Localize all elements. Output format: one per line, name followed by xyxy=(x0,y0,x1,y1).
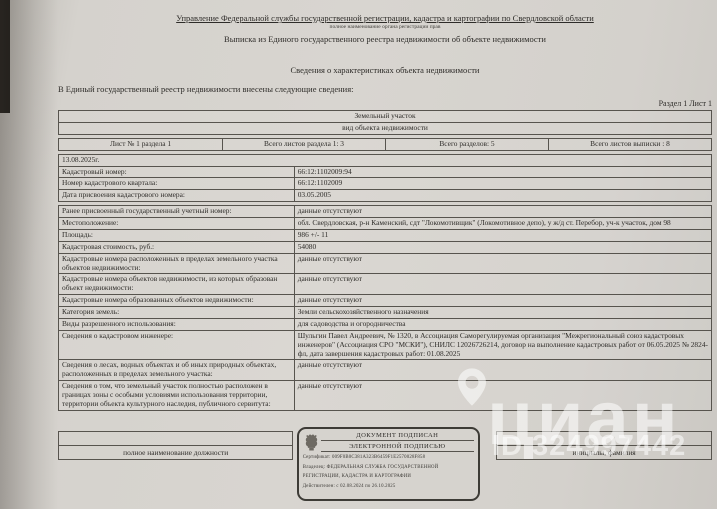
row-label: Сведения о лесах, водных объектах и об и… xyxy=(59,360,294,380)
signature-line xyxy=(59,432,292,446)
object-kind: Земельный участок xyxy=(59,111,711,122)
row-value: 986 +/- 11 xyxy=(294,230,711,241)
table-row: вид объекта недвижимости xyxy=(59,122,711,134)
row-label: Местоположение: xyxy=(59,218,294,229)
section-page-label: Раздел 1 Лист 1 xyxy=(58,99,712,108)
signature-name-box: инициалы, фамилия xyxy=(496,431,712,460)
row-value: 03.05.2005 xyxy=(294,190,711,201)
object-kind-caption: вид объекта недвижимости xyxy=(59,123,711,134)
row-value: 66:12:1102009:94 xyxy=(294,167,711,178)
sheet-cell: Всего разделов: 5 xyxy=(385,139,548,150)
cadastral-id-table: 13.08.2025г. Кадастровый номер: 66:12:11… xyxy=(58,154,712,203)
extract-date: 13.08.2025г. xyxy=(59,155,711,166)
sheet-cell: Всего листов выписки : 8 xyxy=(548,139,711,150)
table-row: Местоположение: обл. Свердловская, р-н К… xyxy=(59,217,711,229)
row-label: Категория земель: xyxy=(59,307,294,318)
table-row: Дата присвоения кадастрового номера: 03.… xyxy=(59,189,711,201)
table-row: Номер кадастрового квартала: 66:12:11020… xyxy=(59,177,711,189)
row-value: данные отсутствуют xyxy=(294,381,711,410)
table-row: Кадастровые номера объектов недвижимости… xyxy=(59,273,711,294)
stamp-validity: Действителен: с 02.08.2024 по 26.10.2025 xyxy=(303,483,474,491)
table-row: Кадастровые номера расположенных в преде… xyxy=(59,253,711,274)
table-row: Кадастровая стоимость, руб.: 54080 xyxy=(59,241,711,253)
row-label: Кадастровые номера образованных объектов… xyxy=(59,295,294,306)
signature-strip: полное наименование должности инициалы, … xyxy=(58,431,712,462)
table-row: Сведения о лесах, водных объектах и об и… xyxy=(59,359,711,380)
sheet-cell: Лист № 1 раздела 1 xyxy=(59,139,222,150)
stamp-owner-line2: РЕГИСТРАЦИИ, КАДАСТРА И КАРТОГРАФИИ xyxy=(303,473,474,481)
row-label: Кадастровый номер: xyxy=(59,167,294,178)
document: Управление Федеральной службы государств… xyxy=(58,0,712,411)
row-value: 54080 xyxy=(294,242,711,253)
row-value: данные отсутствуют xyxy=(294,206,711,217)
table-row: Сведения о том, что земельный участок по… xyxy=(59,380,711,410)
row-label: Ранее присвоенный государственный учетны… xyxy=(59,206,294,217)
table-row: Лист № 1 раздела 1 Всего листов раздела … xyxy=(59,139,711,150)
table-row: Площадь: 986 +/- 11 xyxy=(59,229,711,241)
object-kind-table: Земельный участок вид объекта недвижимос… xyxy=(58,110,712,135)
row-value: Земли сельскохозяйственного назначения xyxy=(294,307,711,318)
row-label: Дата присвоения кадастрового номера: xyxy=(59,190,294,201)
row-value: обл. Свердловская, р-н Каменский, сдт "Л… xyxy=(294,218,711,229)
row-value: Шульгин Павел Андреевич, № 1320, в Ассоц… xyxy=(294,331,711,360)
scanned-egrn-extract: Управление Федеральной службы государств… xyxy=(0,0,717,509)
position-caption: полное наименование должности xyxy=(59,446,292,457)
paper-left-shadow xyxy=(0,0,58,509)
stamp-certificate: Сертификат: 009F0B0C381A323B6459F1E25700… xyxy=(303,454,474,462)
table-row: Сведения о кадастровом инженере: Шульгин… xyxy=(59,330,711,360)
row-label: Сведения о кадастровом инженере: xyxy=(59,331,294,360)
row-label: Номер кадастрового квартала: xyxy=(59,178,294,189)
authority-caption: полное наименование органа регистрации п… xyxy=(58,24,712,30)
row-value: данные отсутствуют xyxy=(294,254,711,274)
row-value: 66:12:1102009 xyxy=(294,178,711,189)
stamp-owner-line1: Владелец: ФЕДЕРАЛЬНАЯ СЛУЖБА ГОСУДАРСТВЕ… xyxy=(303,464,474,472)
digital-signature-stamp: ДОКУМЕНТ ПОДПИСАН ЭЛЕКТРОННОЙ ПОДПИСЬЮ С… xyxy=(297,427,480,501)
row-label: Сведения о том, что земельный участок по… xyxy=(59,381,294,410)
table-row: Категория земель: Земли сельскохозяйстве… xyxy=(59,306,711,318)
table-row: Ранее присвоенный государственный учетны… xyxy=(59,206,711,217)
row-value: данные отсутствуют xyxy=(294,274,711,294)
coat-of-arms-icon xyxy=(304,432,319,454)
row-value: данные отсутствуют xyxy=(294,295,711,306)
row-label: Кадастровые номера объектов недвижимости… xyxy=(59,274,294,294)
document-title: Выписка из Единого государственного реес… xyxy=(58,34,712,44)
stamp-line1: ДОКУМЕНТ ПОДПИСАН xyxy=(321,430,474,441)
characteristics-table: Ранее присвоенный государственный учетны… xyxy=(58,205,712,411)
row-value: для садоводства и огородничества xyxy=(294,319,711,330)
sheet-info-table: Лист № 1 раздела 1 Всего листов раздела … xyxy=(58,138,712,151)
table-row: Виды разрешенного использования: для сад… xyxy=(59,318,711,330)
authority-name: Управление Федеральной службы государств… xyxy=(58,13,712,23)
row-label: Кадастровые номера расположенных в преде… xyxy=(59,254,294,274)
sheet-cell: Всего листов раздела 1: 3 xyxy=(222,139,385,150)
row-value: данные отсутствуют xyxy=(294,360,711,380)
intro-text: В Единый государственный реестр недвижим… xyxy=(58,84,712,94)
section-title: Сведения о характеристиках объекта недви… xyxy=(58,65,712,75)
row-label: Виды разрешенного использования: xyxy=(59,319,294,330)
table-row: Кадастровые номера образованных объектов… xyxy=(59,294,711,306)
name-caption: инициалы, фамилия xyxy=(497,446,711,457)
signature-position-box: полное наименование должности xyxy=(58,431,293,460)
table-row: 13.08.2025г. xyxy=(59,155,711,166)
row-label: Кадастровая стоимость, руб.: xyxy=(59,242,294,253)
signature-line xyxy=(497,432,711,446)
row-label: Площадь: xyxy=(59,230,294,241)
stamp-line2: ЭЛЕКТРОННОЙ ПОДПИСЬЮ xyxy=(321,441,474,452)
table-row: Земельный участок xyxy=(59,111,711,122)
table-row: Кадастровый номер: 66:12:1102009:94 xyxy=(59,166,711,178)
